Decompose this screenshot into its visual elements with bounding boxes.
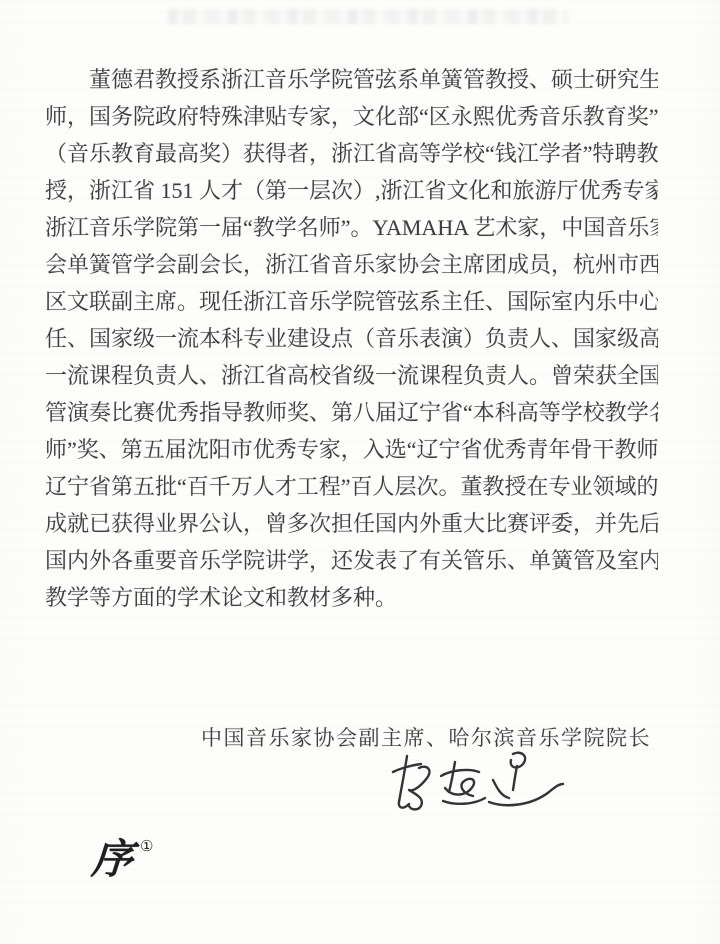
paragraph-line: （音乐教育最高奖）获得者，浙江省高等学校“钱江学者”特聘教: [45, 135, 658, 172]
paragraph-line: 辽宁省第五批“百千万人才工程”百人层次。董教授在专业领域的: [45, 468, 658, 505]
paragraph-line: 管演奏比赛优秀指导教师奖、第八届辽宁省“本科高等学校教学名: [45, 394, 658, 431]
paragraph-line: 浙江音乐学院第一届“教学名师”。YAMAHA 艺术家，中国音乐家协: [45, 209, 658, 246]
ink-bleedthrough-smudge: [168, 9, 568, 24]
paragraph-line: 董德君教授系浙江音乐学院管弦系单簧管教授、硕士研究生导: [45, 61, 658, 98]
handwritten-signature-yang-yandi: [385, 746, 575, 820]
preface-heading: 序①: [92, 826, 153, 885]
paragraph-line: 会单簧管学会副会长，浙江省音乐家协会主席团成员，杭州市西湖: [45, 246, 658, 283]
paragraph-line: 区文联副主席。现任浙江音乐学院管弦系主任、国际室内乐中心主: [45, 283, 658, 320]
paragraph-line: 任、国家级一流本科专业建设点（音乐表演）负责人、国家级高校: [45, 320, 658, 357]
paragraph-line: 师，国务院政府特殊津贴专家，文化部“区永熙优秀音乐教育奖”: [45, 98, 658, 135]
footnote-marker: ①: [140, 837, 153, 856]
paragraph-line: 教学等方面的学术论文和教材多种。: [45, 579, 658, 616]
paragraph-line: 授，浙江省 151 人才（第一层次）,浙江省文化和旅游厅优秀专家，: [45, 172, 658, 209]
paragraph-line: 师”奖、第五届沈阳市优秀专家，入选“辽宁省优秀青年骨干教师”、: [45, 431, 658, 468]
scanned-page: 董德君教授系浙江音乐学院管弦系单簧管教授、硕士研究生导 师，国务院政府特殊津贴专…: [0, 0, 720, 944]
biography-paragraph: 董德君教授系浙江音乐学院管弦系单簧管教授、硕士研究生导 师，国务院政府特殊津贴专…: [45, 61, 658, 616]
paragraph-line: 一流课程负责人、浙江省高校省级一流课程负责人。曾荣获全国木: [45, 357, 658, 394]
preface-heading-char: 序: [90, 826, 135, 885]
paragraph-line: 国内外各重要音乐学院讲学，还发表了有关管乐、单簧管及室内乐: [45, 542, 658, 579]
paragraph-line: 成就已获得业界公认，曾多次担任国内外重大比赛评委，并先后在: [45, 505, 658, 542]
